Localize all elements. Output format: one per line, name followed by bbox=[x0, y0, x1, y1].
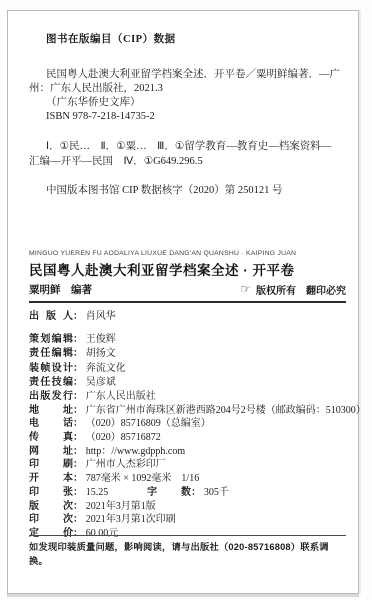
row-label: 出版人 bbox=[29, 307, 73, 322]
cip-entry-line2: 州：广东人民出版社，2021.3 bbox=[29, 82, 350, 96]
pointing-hand-icon: ☞ bbox=[240, 282, 251, 296]
cip-entry-line1: 民国粤人赴澳大利亚留学档案全述．开平卷／粟明鲜编著．—广 bbox=[29, 68, 350, 82]
colophon-row: 印次： 2021年3月第1次印刷 bbox=[29, 510, 350, 524]
colophon-row: 装帧设计： 奔流文化 bbox=[29, 359, 350, 374]
title-pinyin: MINGUO YUEREN FU AODALIYA LIUXUE DANG'AN… bbox=[29, 250, 296, 257]
colophon-row: 责任编辑： 胡扬文 bbox=[29, 344, 350, 359]
divider-thick bbox=[29, 301, 346, 303]
row-value: 胡扬文 bbox=[86, 348, 116, 359]
cip-header: 图书在版编目（CIP）数据 bbox=[46, 31, 176, 46]
cip-class-line2: 汇编—开平—民国 Ⅳ．①G649.296.5 bbox=[29, 154, 350, 169]
colophon-row: 地址： 广东省广州市海珠区新港西路204号2号楼（邮政编码：510300） bbox=[29, 401, 350, 415]
colophon-row: 开本： 787毫米 × 1092毫米 1/16 bbox=[29, 469, 350, 483]
row-label: 定价 bbox=[29, 524, 73, 539]
cip-record-number: 中国版本图书馆 CIP 数据核字（2020）第 250121 号 bbox=[46, 182, 282, 197]
book-colophon-page: 图书在版编目（CIP）数据 民国粤人赴澳大利亚留学档案全述．开平卷／粟明鲜编著．… bbox=[7, 10, 359, 594]
colophon-row: 版次： 2021年3月第1版 bbox=[29, 497, 350, 511]
colophon-row-publisher: 出版人： 肖风华 bbox=[29, 307, 350, 322]
row-value2: 305千 bbox=[204, 487, 229, 498]
publishing-block: 出版发行： 广东人民出版社 地址： 广东省广州市海珠区新港西路204号2号楼（邮… bbox=[29, 387, 350, 538]
author-name: 粟明鲜 编著 bbox=[29, 282, 92, 297]
colophon-row: 责任技编： 吴彦斌 bbox=[29, 373, 350, 388]
staff-block: 出版人： 肖风华 策划编辑： 王俊辉 责任编辑： 胡扬文 装帧设计： 奔流文化 … bbox=[29, 307, 350, 388]
cip-isbn: ISBN 978-7-218-14735-2 bbox=[29, 110, 350, 124]
divider-thin bbox=[29, 535, 346, 536]
screenshot-canvas: 图书在版编目（CIP）数据 民国粤人赴澳大利亚留学档案全述．开平卷／粟明鲜编著．… bbox=[0, 0, 372, 600]
row-label: 责任技编 bbox=[29, 373, 73, 388]
row-label2: 字数 bbox=[147, 483, 191, 498]
row-label: 策划编辑 bbox=[29, 330, 73, 345]
row-value: 60.00元 bbox=[86, 528, 119, 539]
colophon-row: 出版发行： 广东人民出版社 bbox=[29, 387, 350, 401]
row-value: 王俊辉 bbox=[86, 334, 116, 345]
row-value: 肖风华 bbox=[86, 311, 116, 322]
cip-classification-block: Ⅰ．①民… Ⅱ．①粟… Ⅲ．①留学教育—教育史—档案资料— 汇编—开平—民国 Ⅳ… bbox=[29, 139, 350, 169]
colophon-row: 电话： （020）85716809（总编室） bbox=[29, 414, 350, 428]
row-label: 责任编辑 bbox=[29, 344, 73, 359]
cip-series-line: （广东华侨史文库） bbox=[29, 96, 350, 110]
colophon-row: 网址： http：//www.gdpph.com bbox=[29, 442, 350, 456]
colophon-row: 传真： （020）85716872 bbox=[29, 428, 350, 442]
copyright-notice-text: 版权所有 翻印必究 bbox=[256, 282, 346, 297]
quality-notice: 如发现印装质量问题，影响阅读，请与出版社（020-85716808）联系调换。 bbox=[29, 539, 346, 567]
copyright-notice: ☞ 版权所有 翻印必究 bbox=[240, 282, 346, 297]
cip-entry-block: 民国粤人赴澳大利亚留学档案全述．开平卷／粟明鲜编著．—广 州：广东人民出版社，2… bbox=[29, 68, 350, 124]
row-value: 奔流文化 bbox=[86, 363, 126, 374]
author-copyright-row: 粟明鲜 编著 ☞ 版权所有 翻印必究 bbox=[29, 282, 346, 297]
cip-class-line1: Ⅰ．①民… Ⅱ．①粟… Ⅲ．①留学教育—教育史—档案资料— bbox=[29, 139, 350, 154]
book-title: 民国粤人赴澳大利亚留学档案全述 · 开平卷 bbox=[29, 259, 295, 279]
row-label: 装帧设计 bbox=[29, 359, 73, 374]
colophon-row: 印刷： 广州市人杰彩印厂 bbox=[29, 455, 350, 469]
colophon-row: 策划编辑： 王俊辉 bbox=[29, 330, 350, 345]
colophon-row-sheets-words: 印张： 15.25 字数： 305千 bbox=[29, 483, 350, 497]
